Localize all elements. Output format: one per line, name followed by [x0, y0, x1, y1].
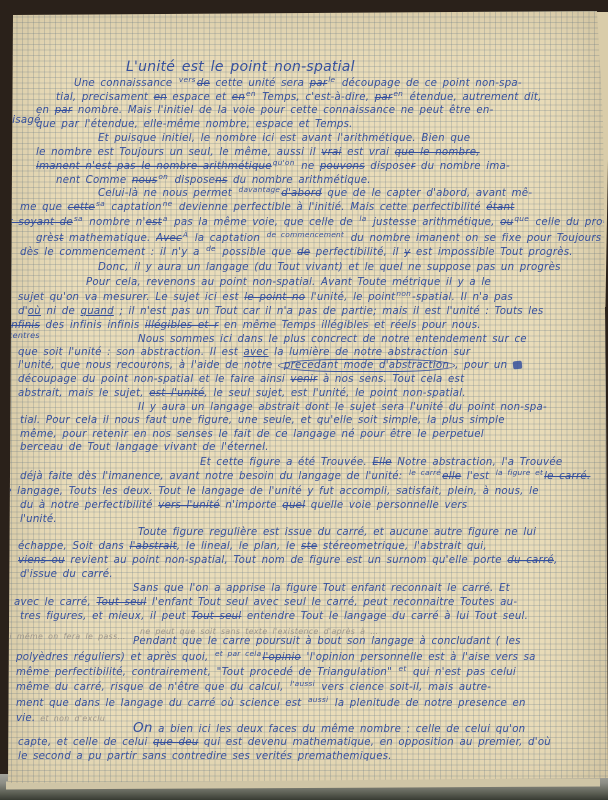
struck-text: en	[232, 92, 245, 103]
text-segment: dès le commencement : il n'y a	[20, 247, 205, 258]
text-segment: d'issue du carré.	[20, 569, 113, 580]
text-segment: revient au point non-spatial, Tout nom d…	[65, 555, 507, 566]
inserted-text: non	[396, 289, 411, 298]
text-segment: berceau de Tout langage vivant de l'éter…	[20, 442, 269, 453]
inserted-text: davantage	[239, 185, 281, 194]
struck-text: étant	[486, 202, 514, 213]
struck-text: ns	[215, 175, 227, 186]
text-segment: du nombre ima-	[415, 161, 510, 172]
text-segment: polyèdres réguliers) et après quoi,	[16, 652, 214, 663]
manuscript-line: Nous sommes ici dans le plus concrect de…	[138, 335, 527, 345]
struck-text: venir	[290, 374, 317, 385]
text-segment: du à notre perfectibilité	[20, 500, 158, 511]
text-segment: Et puisque initiel, le nombre ici est av…	[98, 133, 470, 144]
manuscript-line: tial, precisament en espace et enen Temp…	[56, 93, 542, 103]
text-segment: Une connaissance	[74, 78, 178, 89]
manuscript-line: Donc, il y aura un langage (du Tout viva…	[98, 263, 561, 273]
text-segment: la plenitude de notre presence en	[329, 698, 525, 709]
text-segment: ne	[296, 161, 320, 172]
inserted-text: de	[206, 244, 216, 253]
text-segment: abstrait, mais le sujet,	[18, 388, 149, 399]
manuscript-line: le langage, Touts les deux. Tout le lang…	[2, 487, 539, 497]
manuscript-line: le second a pu partir sans contredire se…	[18, 752, 392, 762]
struck-text: infinis	[8, 320, 40, 331]
inserted-text: a	[163, 214, 168, 223]
inserted-text: le	[328, 75, 335, 84]
manuscript-line: d'issue du carré.	[20, 570, 113, 580]
struck-text: vers l'unité	[158, 500, 220, 511]
text-segment: que soit l'unité : son abstraction. Il e…	[18, 347, 243, 358]
text-segment: precedant mode d'abstraction	[278, 359, 455, 372]
struck-text: le carré.	[544, 471, 590, 482]
struck-text: Et soyant de	[2, 217, 73, 228]
manuscript-line: me que cettesa captationne devienne perf…	[20, 203, 514, 213]
struck-text: que deu	[153, 737, 198, 748]
manuscript-line: Et cette figure a été Trouvée. Elle Notr…	[200, 458, 562, 468]
manuscript-line: Et soyant desa nombre n'esta pas la même…	[2, 218, 607, 228]
inserted-text: on	[158, 172, 168, 181]
manuscript-line: berceau de Tout langage vivant de l'éter…	[20, 443, 269, 453]
manuscript-line: viens ou revient au point non-spatial, T…	[18, 556, 557, 566]
text-segment: , le seul sujet, est l'unité, le point n…	[204, 388, 465, 399]
text-segment: que de le capter d'abord, avant mê-	[322, 188, 532, 199]
text-segment: découpage de ce point non-spa-	[336, 78, 522, 89]
pencil-annotation: Ici même on fera le pass…	[2, 632, 126, 641]
manuscript-line: imanent n'est pas le nombre arithmétique…	[36, 162, 510, 172]
manuscript-line: Pour cela, revenons au point non-spatial…	[86, 278, 491, 288]
struck-text: illégibles et r	[145, 320, 219, 331]
manuscript-line: grèst mathematique. AvecÀ la captation d…	[36, 234, 608, 244]
text-segment: grès	[36, 233, 59, 244]
struck-text: de	[197, 78, 210, 89]
text-segment: du nombre imanent on se fixe pour Toujou…	[345, 233, 608, 244]
text-segment: avec	[243, 347, 268, 358]
text-segment: Notre abstraction, l'a Trouvée	[392, 457, 563, 468]
manuscript-line: tres figures, et mieux, il peut Tout seu…	[20, 612, 528, 622]
text-segment: -spatial. Il n'a pas	[412, 292, 513, 303]
manuscript-line: même du carré, risque de n'être que du c…	[16, 683, 491, 693]
struck-text: Avec	[156, 233, 182, 244]
manuscript-line: Pendant que le carre poursuit à bout son…	[133, 637, 521, 647]
text-segment: l'enfant Tout seul avec seul le carré, p…	[146, 597, 517, 608]
text-segment: Pendant que le carre poursuit à bout son…	[133, 636, 521, 647]
text-segment: Temps, c'est-à-dire,	[257, 92, 375, 103]
struck-text: ou	[500, 217, 513, 228]
manuscript-line: abstrait, mais le sujet, est l'unité, le…	[18, 389, 466, 399]
inserted-text: la figure et	[496, 468, 543, 477]
struck-text: le point no	[244, 292, 305, 303]
text-segment: captation	[106, 202, 162, 213]
manuscript-line: Sans que l'on a apprise la figure Tout e…	[133, 584, 510, 594]
ink-scribble	[512, 361, 522, 370]
inserted-text: en	[393, 89, 403, 98]
text-segment: la captation	[189, 233, 265, 244]
text-segment: espace et	[167, 92, 232, 103]
text-segment: l'unité, le point	[305, 292, 395, 303]
text-segment: mathematique.	[63, 233, 156, 244]
text-segment: , pour un	[455, 360, 513, 371]
manuscript-line: découpage du point non-spatial et le fai…	[18, 375, 464, 385]
manuscript-line: ment que dans le langage du carré où sci…	[16, 699, 526, 709]
inserted-text: ne	[163, 199, 173, 208]
manuscript-line: polyèdres réguliers) et après quoi, et p…	[16, 653, 536, 663]
text-segment: même perfectibilité, contrairement, "Tou…	[16, 667, 398, 678]
text-segment: ,	[554, 555, 558, 566]
manuscript-line: que soit l'unité : son abstraction. Il e…	[18, 348, 470, 358]
text-segment: Pour cela, revenons au point non-spatial…	[86, 277, 491, 288]
inserted-text: le carré	[409, 468, 441, 477]
text-segment: centres	[8, 331, 40, 340]
text-segment: le langage, Touts les deux. Tout le lang…	[2, 486, 539, 497]
struck-text: quel	[282, 500, 305, 511]
inserted-text: de commencement	[267, 230, 345, 239]
text-segment: le second a pu partir sans contredire se…	[18, 751, 392, 762]
text-segment: , le lineal, le plan, le	[177, 541, 301, 552]
manuscript-paper: L'unité est le point non-spatialUne conn…	[0, 0, 608, 800]
struck-text: en	[154, 92, 167, 103]
struck-text: l'opinio	[262, 652, 301, 663]
struck-text: imanent n'est pas le nombre arithmétique	[36, 161, 272, 172]
inserted-text: la	[359, 214, 366, 223]
page-title: L'unité est le point non-spatial	[126, 60, 355, 74]
text-segment: cette unité sera	[210, 78, 310, 89]
text-segment: qui est devenu mathematique, en oppositi…	[198, 737, 551, 748]
struck-text: viens ou	[18, 555, 65, 566]
photo-background: L'unité est le point non-spatialUne conn…	[0, 0, 608, 800]
struck-text: par	[55, 105, 73, 116]
text-segment: même, pour retenir en nos senses le fait…	[20, 429, 484, 440]
struck-text: est	[146, 217, 162, 228]
text-segment: tial, precisament	[56, 92, 154, 103]
manuscript-line: Une connaissance versde cette unité sera…	[74, 79, 522, 89]
struck-text: d'abord	[281, 188, 322, 199]
pencil-annotation: et non d'exclu	[35, 714, 105, 723]
struck-text: du carré	[507, 555, 554, 566]
text-segment: le nombre est Toujours un seul, le même,…	[36, 147, 321, 158]
pencil-annotation: ne peut que soit sans texte l'existence …	[140, 627, 378, 636]
manuscript-line: d'où ni de quand ; il n'est pas un Tout …	[18, 307, 543, 317]
manuscript-line: On a bien ici les deux faces du même nom…	[133, 722, 525, 736]
text-segment: est impossible Tout progrès.	[411, 247, 573, 258]
manuscript-line: avec le carré, Tout seul l'enfant Tout s…	[14, 598, 517, 608]
struck-text: Tout seul	[96, 597, 146, 608]
text-segment: me que	[20, 202, 68, 213]
text-segment: dispose	[169, 175, 215, 186]
manuscript-line: capte, et celle de celui que deu qui est…	[18, 738, 551, 748]
struck-text: pouvons	[320, 161, 365, 172]
struck-text: est l'unité	[149, 388, 204, 399]
manuscript-line: nent Comme nouson disposens du nombre ar…	[56, 176, 371, 186]
inserted-text: sa	[96, 199, 105, 208]
manuscript-line: vie. et non d'exclu	[16, 714, 105, 724]
struck-text: par	[375, 92, 393, 103]
text-segment: 'l'opinion personnelle est à l'aise vers…	[301, 652, 536, 663]
manuscript-line: en par nombre. Mais l'initiel de la voie…	[36, 106, 494, 116]
text-segment: quand	[80, 306, 113, 317]
manuscript-line: sujet qu'on va mesurer. Le sujet ici est…	[18, 293, 513, 303]
text-segment: avec le carré,	[14, 597, 96, 608]
manuscript-line: échappe, Soit dans l'abstrait, le lineal…	[18, 542, 487, 552]
struck-text: nous	[132, 175, 157, 186]
text-segment: nombre. Mais l'initiel de la voie pour c…	[72, 105, 493, 116]
manuscript-line: Et puisque initiel, le nombre ici est av…	[98, 134, 470, 144]
text-segment: à nos sens. Tout cela est	[317, 374, 464, 385]
text-segment: tres figures, et mieux, il peut	[20, 611, 191, 622]
text-segment: l'unité, que nous recourons, à l'aide de…	[18, 360, 278, 371]
text-segment: Nous sommes ici dans le plus concrect de…	[138, 334, 527, 345]
text-segment: On	[133, 720, 153, 736]
manuscript-line: Celui-là ne nous permet davantaged'abord…	[98, 189, 532, 199]
text-segment: perfectibilité, il	[310, 247, 404, 258]
struck-text: ste	[301, 541, 317, 552]
manuscript-line: du à notre perfectibilité vers l'unité n…	[20, 501, 467, 511]
text-segment: l'est	[461, 471, 494, 482]
manuscript-line: dès le commencement : il n'y a de possib…	[20, 248, 573, 258]
text-segment: d'	[18, 306, 28, 317]
manuscript-line: infinis des infinis infinis illégibles e…	[8, 321, 481, 331]
text-segment: la lumière de notre abstraction sur	[269, 347, 471, 358]
text-segment: entendre Tout le langage du carré à lui …	[241, 611, 528, 622]
manuscript-line: Toute figure regulière est issue du carr…	[138, 528, 536, 538]
text-segment: qui n'est pas celui	[407, 667, 516, 678]
inserted-text: et	[399, 664, 407, 673]
struck-text: de	[297, 247, 310, 258]
text-segment: nombre n'	[84, 217, 146, 228]
text-segment: Sans que l'on a apprise la figure Tout e…	[133, 583, 510, 594]
inserted-text: l'aussi	[290, 679, 315, 688]
text-segment: justesse arithmétique,	[367, 217, 500, 228]
text-segment: a bien ici les deux faces du même nombre…	[153, 724, 526, 735]
text-segment: est vrai	[342, 147, 395, 158]
text-segment: même du carré, risque de n'être que du c…	[16, 682, 289, 693]
text-segment: ment que dans le langage du carré où sci…	[16, 698, 307, 709]
text-segment: pas la même voie, que celle de	[169, 217, 359, 228]
pencil-margin-note: Ici même on fera le pass…	[2, 632, 126, 642]
text-segment: Celui-là ne nous permet	[98, 188, 238, 199]
text-segment: que par l'étendue, elle-même nombre, esp…	[36, 119, 353, 130]
text-segment: Il y aura un langage abstrait dont le su…	[138, 402, 547, 413]
struck-text: par	[310, 78, 328, 89]
text-segment: déjà faite dès l'imanence, avant notre b…	[20, 471, 408, 482]
text-segment: tial. Pour cela il nous faut une figure,…	[20, 415, 505, 426]
text-segment: Et cette figure a été Trouvée.	[200, 457, 372, 468]
manuscript-line: le nombre est Toujours un seul, le même,…	[36, 148, 480, 158]
text-segment: possible que	[217, 247, 297, 258]
text-segment: quelle voie personnelle vers	[305, 500, 467, 511]
inserted-text: aussi	[308, 695, 328, 704]
text-segment: ; il n'est pas un Tout car il n'a pas de…	[114, 306, 544, 317]
inserted-text: qu'on	[273, 158, 295, 167]
struck-text: vrai	[321, 147, 341, 158]
text-segment: en même Temps illégibles et réels pour n…	[219, 320, 481, 331]
manuscript-line: Il y aura un langage abstrait dont le su…	[138, 403, 547, 413]
inserted-text: en	[246, 89, 256, 98]
manuscript-line: l'unité.	[20, 515, 57, 525]
struck-text: Elle	[372, 457, 391, 468]
text-segment: vers cience soit-il, mais autre-	[316, 682, 491, 693]
text-segment: capte, et celle de celui	[18, 737, 153, 748]
text-segment: échappe, Soit dans	[18, 541, 129, 552]
text-segment: des infinis infinis	[40, 320, 145, 331]
text-segment: Toute figure regulière est issue du carr…	[138, 527, 536, 538]
inserted-text: À	[183, 230, 188, 239]
text-segment: dispose	[365, 161, 411, 172]
struck-text: elle	[442, 471, 461, 482]
inserted-text: sa	[74, 214, 83, 223]
manuscript-line: même, pour retenir en nos senses le fait…	[20, 430, 484, 440]
struck-text: Tout seul	[191, 611, 241, 622]
text-segment: sujet qu'on va mesurer. Le sujet ici est	[18, 292, 244, 303]
text-segment: celle du pro-	[530, 217, 607, 228]
text-segment: devienne perfectible à l'initié. Mais ce…	[173, 202, 486, 213]
text-segment: stéreometrique, l'abstrait qui,	[317, 541, 487, 552]
manuscript-line: même perfectibilité, contrairement, "Tou…	[16, 668, 516, 678]
text-segment: où	[28, 306, 41, 317]
inserted-text: que	[514, 214, 529, 223]
manuscript-line: l'unité, que nous recourons, à l'aide de…	[18, 361, 522, 371]
manuscript-line: déjà faite dès l'imanence, avant notre b…	[20, 472, 590, 482]
margin-note: centres	[8, 332, 40, 340]
inserted-text: vers	[179, 75, 196, 84]
struck-text: cette	[68, 202, 95, 213]
text-segment: vie.	[16, 713, 35, 724]
text-segment: nent Comme	[56, 175, 132, 186]
manuscript-line: tial. Pour cela il nous faut une figure,…	[20, 416, 505, 426]
struck-text: que le nombre,	[395, 147, 480, 158]
text-segment: ni de	[41, 306, 81, 317]
struck-text: l'abstrait	[129, 541, 176, 552]
text-segment: l'unité.	[20, 514, 57, 525]
text-segment: L'unité est le point non-spatial	[126, 59, 355, 75]
text-segment: Donc, il y aura un langage (du Tout viva…	[98, 262, 561, 273]
text-segment: n'importe	[220, 500, 282, 511]
text-segment: étendue, autrement dit,	[404, 92, 541, 103]
inserted-text: et par cela	[215, 649, 261, 658]
text-segment: découpage du point non-spatial et le fai…	[18, 374, 290, 385]
manuscript-line: que par l'étendue, elle-même nombre, esp…	[36, 120, 353, 130]
